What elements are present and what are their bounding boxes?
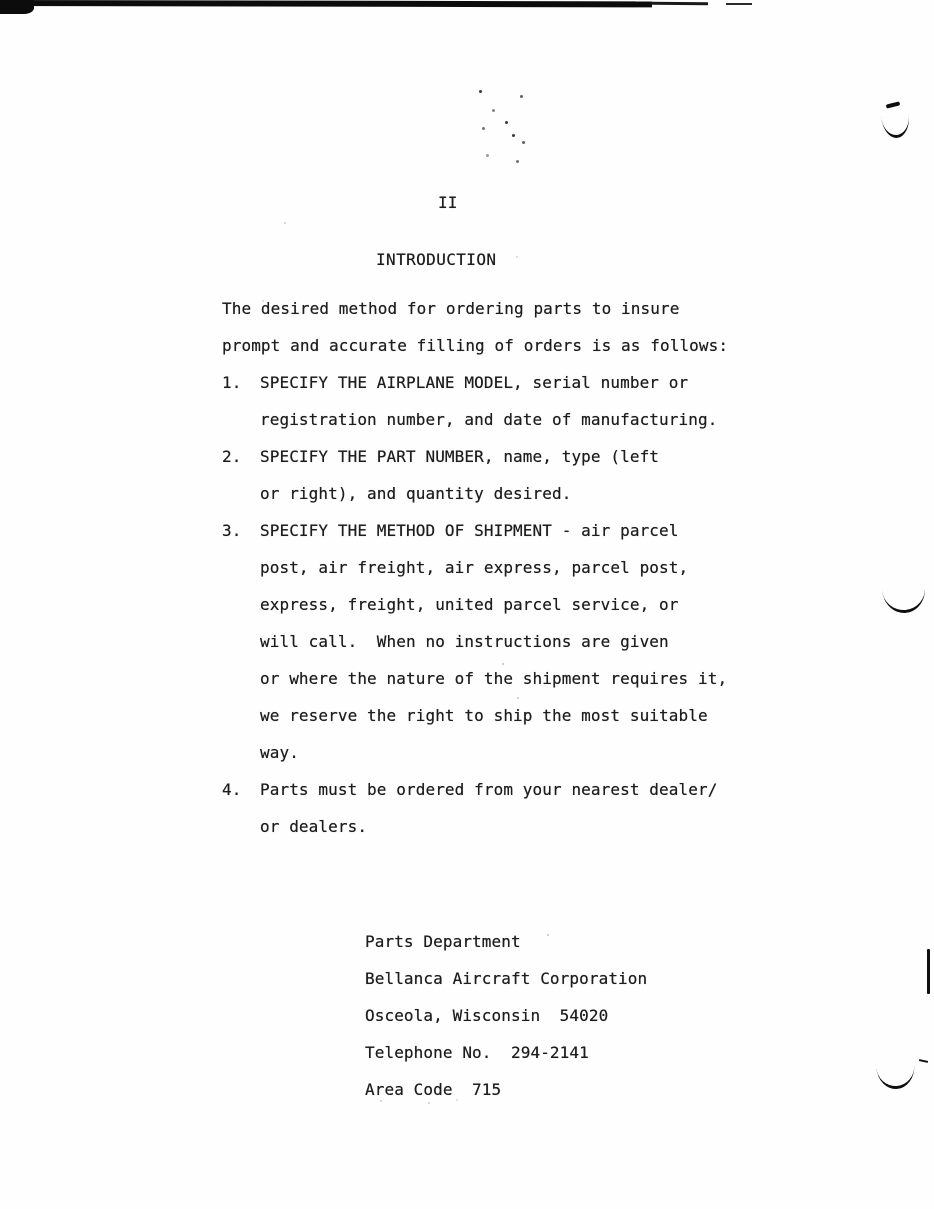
list-item-3: 3. SPECIFY THE METHOD OF SHIPMENT - air … <box>222 512 822 771</box>
page-number: II <box>438 184 457 221</box>
list-item-line: will call. When no instructions are give… <box>260 623 822 660</box>
list-item-line: registration number, and date of manufac… <box>260 401 822 438</box>
scan-artifact-top-wedge <box>0 0 34 14</box>
list-item-line: post, air freight, air express, parcel p… <box>260 549 822 586</box>
contact-line-department: Parts Department <box>365 923 822 960</box>
scan-artifact-speckle <box>486 154 489 157</box>
scan-artifact-top-dash <box>650 2 708 5</box>
document-title: INTRODUCTION <box>376 241 496 278</box>
scan-artifact-top-band <box>0 0 652 7</box>
list-item-1: 1. SPECIFY THE AIRPLANE MODEL, serial nu… <box>222 364 822 438</box>
list-item-line: SPECIFY THE AIRPLANE MODEL, serial numbe… <box>260 364 822 401</box>
scan-artifact-binding-arc <box>876 1063 916 1091</box>
list-item-line: or where the nature of the shipment requ… <box>260 660 822 697</box>
scan-artifact-dash <box>886 101 901 108</box>
list-item-2: 2. SPECIFY THE PART NUMBER, name, type (… <box>222 438 822 512</box>
list-item-line: SPECIFY THE PART NUMBER, name, type (lef… <box>260 438 822 475</box>
scan-artifact-top-dash <box>726 3 752 5</box>
scan-artifact-tick <box>919 1059 928 1063</box>
contact-line-telephone: Telephone No. 294-2141 <box>365 1034 822 1071</box>
list-item-number: 1. <box>222 364 241 401</box>
contact-line-area-code: Area Code 715 <box>365 1071 822 1108</box>
list-item-line: Parts must be ordered from your nearest … <box>260 771 822 808</box>
list-item-line: SPECIFY THE METHOD OF SHIPMENT - air par… <box>260 512 822 549</box>
list-item-line: we reserve the right to ship the most su… <box>260 697 822 734</box>
contact-line-address: Osceola, Wisconsin 54020 <box>365 997 822 1034</box>
scan-artifact-speckle <box>505 121 508 124</box>
list-item-line: or dealers. <box>260 808 822 845</box>
scan-artifact-speckle <box>479 90 482 93</box>
scan-artifact-speckle <box>522 141 525 144</box>
scan-artifact-speckle <box>516 160 519 163</box>
scan-artifact-speckle <box>520 95 523 98</box>
scan-artifact-speckle <box>284 222 286 224</box>
scan-artifact-speckle <box>482 127 485 130</box>
list-item-line: way. <box>260 734 822 771</box>
scan-artifact-binding-arc <box>882 584 927 615</box>
scan-artifact-binding-arc <box>881 112 911 140</box>
document-body: The desired method for ordering parts to… <box>222 290 822 1108</box>
list-item-line: express, freight, united parcel service,… <box>260 586 822 623</box>
paragraph-line: The desired method for ordering parts to… <box>222 290 822 327</box>
intro-paragraph: The desired method for ordering parts to… <box>222 290 822 364</box>
scan-artifact-speckle <box>492 109 495 112</box>
paragraph-line: prompt and accurate filling of orders is… <box>222 327 822 364</box>
scanned-document-page: II INTRODUCTION The desired method for o… <box>0 0 934 1209</box>
list-item-number: 4. <box>222 771 241 808</box>
list-item-number: 3. <box>222 512 241 549</box>
list-item-line: or right), and quantity desired. <box>260 475 822 512</box>
list-item-number: 2. <box>222 438 241 475</box>
scan-artifact-speckle <box>516 256 518 258</box>
scan-artifact-edge-line <box>927 949 930 994</box>
scan-artifact-speckle <box>512 134 515 137</box>
list-item-4: 4. Parts must be ordered from your neare… <box>222 771 822 845</box>
contact-line-company: Bellanca Aircraft Corporation <box>365 960 822 997</box>
contact-block: Parts Department Bellanca Aircraft Corpo… <box>365 923 822 1108</box>
